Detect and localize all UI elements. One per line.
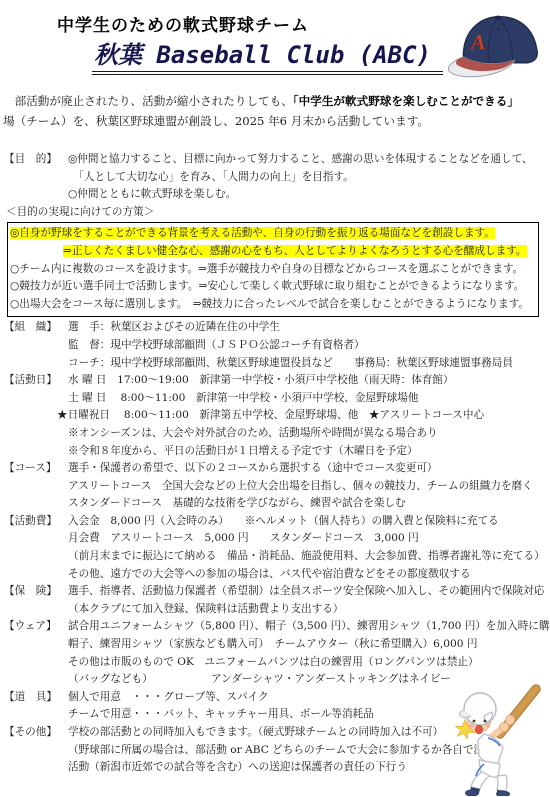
section-label: 【道 具】 [4, 689, 68, 724]
text-line: 「人として大切な心」を育み、「人間力の向上」を目指す。 [68, 169, 547, 187]
section-lines: 選手、指導者、活動協力保護者（希望制）は全員スポーツ安全保険へ加入し、その範囲内… [68, 583, 547, 618]
section-purpose: 【目 的】◎仲間と協力すること、目標に向かって努力すること、感謝の思いを体現する… [4, 151, 547, 204]
text-line: 選手・保護者の希望で、以下の２コースから選択する（途中でコース変更可） [68, 460, 547, 478]
section-lines: 試合用ユニフォームシャツ（5,800 円）、帽子（3,500 円）、練習用シャツ… [68, 618, 547, 688]
section-activity-days: 【活動日】水 曜 日 17:00～19:00 新津第一中学校・小須戸中学校他（雨… [4, 372, 547, 460]
section-label: 【ウェア】 [4, 618, 68, 688]
text-line: （前月末までに振込にて納める 備品・消耗品、施設使用料、大会参加費、指導者謝礼等… [68, 548, 547, 566]
policy-heading: ＜目的の実現に向けての方策＞ [6, 204, 547, 222]
section-insurance: 【保 険】選手、指導者、活動協力保護者（希望制）は全員スポーツ安全保険へ加入し、… [4, 583, 547, 618]
section-label: 【コース】 [4, 460, 68, 513]
highlighted-text: ⇒正しくたくましい健全な心、感謝の心をもち、人としてよりよくなろうとする心を醸成… [63, 245, 527, 257]
baseball-player-illustration [448, 680, 546, 796]
svg-text:A: A [468, 29, 486, 55]
text-line: 水 曜 日 17:00～19:00 新津第一中学校・小須戸中学校他（雨天時：体育… [68, 372, 547, 390]
text-line: コーチ：現中学校野球部顧問、秋葉区野球連盟役員など 事務局：秋葉区野球連盟事務局… [68, 355, 547, 373]
policy-line: ○出場大会をコース毎に選別します。 ⇒競技力に合ったレベルで試合を楽しむことがで… [10, 296, 538, 314]
text-line: （本クラブにて加入登録、保険料は活動費より支出する） [68, 601, 547, 619]
policy-line: ○チーム内に複数のコースを設けます。⇒選手が競技力や自身の目標などからコースを選… [10, 261, 538, 279]
section-label: 【組 織】 [4, 319, 68, 372]
section-lines: 入会金 8,000 円（入会時のみ） ※ヘルメット（個人持ち）の購入費と保険料に… [68, 513, 547, 583]
policy-box: ◎自身が野球をすることができる背景を考える活動や、自身の行動を振り返る場面などを… [7, 222, 539, 317]
baseball-cap-icon: A [440, 11, 544, 83]
section-lines: 水 曜 日 17:00～19:00 新津第一中学校・小須戸中学校他（雨天時：体育… [68, 372, 547, 460]
policy-line: ⇒正しくたくましい健全な心、感謝の心をもち、人としてよりよくなろうとする心を醸成… [10, 243, 538, 261]
text-line: 入会金 8,000 円（入会時のみ） ※ヘルメット（個人持ち）の購入費と保険料に… [68, 513, 547, 531]
text-line: ※令和８年度から、平日の活動日が１日増える予定です（木曜日を予定） [68, 443, 547, 461]
text-line: ★日曜祝日 8:00～11:00 新津第五中学校、金屋野球場、他 ★アスリートコ… [57, 407, 547, 425]
section-label: 【保 険】 [4, 583, 68, 618]
section-wear: 【ウェア】試合用ユニフォームシャツ（5,800 円）、帽子（3,500 円）、練… [4, 618, 547, 688]
section-lines: 選 手：秋葉区およびその近隣在住の中学生監 督：現中学校野球部顧問（ＪＳＰＯ公認… [68, 319, 547, 372]
text-line: スタンダードコース 基礎的な技術を学びながら、練習や試合を楽しむ [68, 495, 547, 513]
section-courses: 【コース】選手・保護者の希望で、以下の２コースから選択する（途中でコース変更可）… [4, 460, 547, 513]
highlighted-text: ◎自身が野球をすることができる背景を考える活動や、自身の行動を振り返る場面などを… [10, 227, 495, 239]
intro-paragraph: 部活動が廃止されたり、活動が縮小されたりしても、「中学生が軟式野球を楽しむことが… [3, 92, 549, 131]
text-line: 月会費 アスリートコース 5,000 円 スタンダードコース 3,000 円 [68, 530, 547, 548]
text-line: ◎仲間と協力すること、目標に向かって努力すること、感謝の思いを体現することなどを… [68, 151, 547, 169]
section-label: 【目 的】 [4, 151, 68, 204]
policy-line: ◎自身が野球をすることができる背景を考える活動や、自身の行動を振り返る場面などを… [10, 225, 538, 243]
text-line: 土 曜 日 8:00～11:00 新津第一中学校・小須戸中学校、金屋野球場他 [68, 390, 547, 408]
text-line: 選 手：秋葉区およびその近隣在住の中学生 [68, 319, 547, 337]
text-line: ※オンシーズンは、大会や対外試合のため、活動場所や時間が異なる場合あり [68, 425, 547, 443]
indent-space [10, 245, 63, 257]
section-lines: 選手・保護者の希望で、以下の２コースから選択する（途中でコース変更可）アスリート… [68, 460, 547, 513]
section-label: 【活動費】 [4, 513, 68, 583]
text-line: 帽子、練習用シャツ（家族なども購入可） チームアウター（秋に希望購入）6,000… [68, 636, 547, 654]
flyer-page: 中学生のための軟式野球チーム 秋葉 Baseball Club (ABC) A … [0, 0, 550, 797]
policy-text: ○出場大会をコース毎に選別します。 ⇒競技力に合ったレベルで試合を楽しむことがで… [10, 298, 529, 310]
text-line: アスリートコース 全国大会などの上位大会出場を目指し、個々の競技力、チームの組織… [68, 478, 547, 496]
text-line: 監 督：現中学校野球部顧問（ＪＳＰＯ公認コーチ有資格者） [68, 337, 547, 355]
text-line: 選手、指導者、活動協力保護者（希望制）は全員スポーツ安全保険へ加入し、その範囲内… [68, 583, 547, 601]
section-organization: 【組 織】選 手：秋葉区およびその近隣在住の中学生監 督：現中学校野球部顧問（Ｊ… [4, 319, 547, 372]
text-line: その他は市販のもので OK ユニフォームパンツは白の練習用（ロングパンツは禁止） [68, 654, 547, 672]
intro-line-1: 部活動が廃止されたり、活動が縮小されたりしても、「中学生が軟式野球を楽しむことが… [3, 92, 549, 112]
section-label: 【その他】 [4, 724, 68, 777]
policy-text: ○チーム内に複数のコースを設けます。⇒選手が競技力や自身の目標などからコースを選… [10, 263, 523, 275]
text-line: その他、遠方での大会等への参加の場合は、バス代や宿泊費などをその都度徴収する [68, 566, 547, 584]
intro-line-2: 場（チーム）を、秋葉区野球連盟が創設し、2025 年6 月末から活動しています。 [3, 112, 549, 132]
text-line: 試合用ユニフォームシャツ（5,800 円）、帽子（3,500 円）、練習用シャツ… [68, 618, 547, 636]
page-title: 秋葉 Baseball Club (ABC) [92, 33, 443, 75]
section-lines: ◎仲間と協力すること、目標に向かって努力すること、感謝の思いを体現することなどを… [68, 151, 547, 204]
policy-line: ○競技力が近い選手同士で活動します。⇒安心して楽しく軟式野球に取り組むことができ… [10, 278, 538, 296]
section-fees: 【活動費】入会金 8,000 円（入会時のみ） ※ヘルメット（個人持ち）の購入費… [4, 513, 547, 583]
text-line: ○仲間とともに軟式野球を楽しむ。 [68, 186, 547, 204]
policy-text: ○競技力が近い選手同士で活動します。⇒安心して楽しく軟式野球に取り組むことができ… [10, 280, 524, 292]
